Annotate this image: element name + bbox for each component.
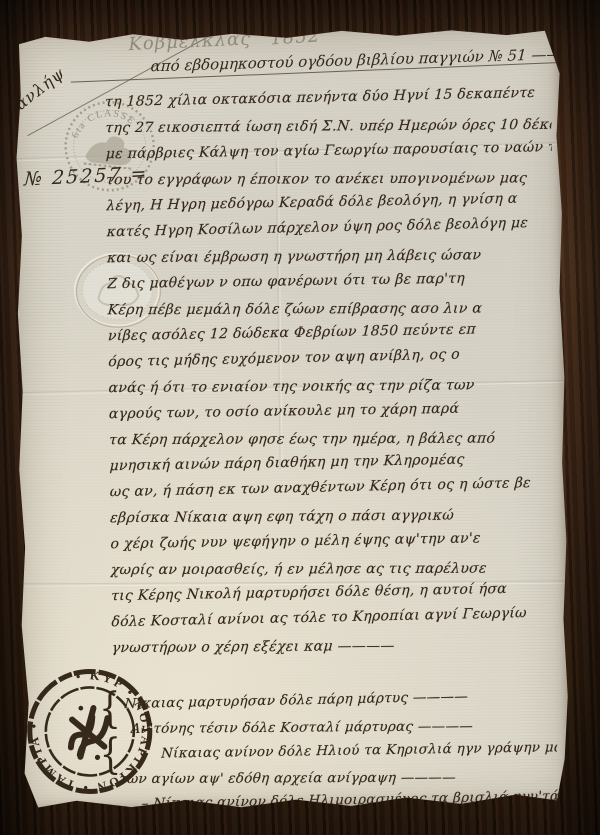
manuscript-line: με πάρβριες Κάλψη τον αγίω Γεωργίω παρου… [105,134,552,167]
manuscript-paper: Κοβμελκλας 1852 ανλήψ από εβδομηκοστού ο… [12,27,570,813]
manuscript-line: γνωστήρων ο χέρη εξέχει καμ ———— [111,632,559,662]
manuscript-body: τη 1852 χίλια οκτακόσια πενήντα δύο Ηγνί… [105,84,558,661]
manuscript-line: τη 1852 χίλια οκτακόσια πενήντα δύο Ηγνί… [104,80,551,116]
corner-signature: ανλήψ [12,63,68,113]
brace-icon: { [100,734,122,774]
witness-list: Νίκαιας μαρτυρήσαν δόλε πάρη μάρτυς ————… [116,687,557,813]
witness-line: Νίκαιας μαρτυρήσαν δόλε πάρη μάρτυς ———— [124,683,557,717]
witness-line: Νίκαιας ανίνον δόλε Ηλιού τα Κηρισλιά ηγ… [161,735,558,766]
brace-icon: { [99,688,121,728]
